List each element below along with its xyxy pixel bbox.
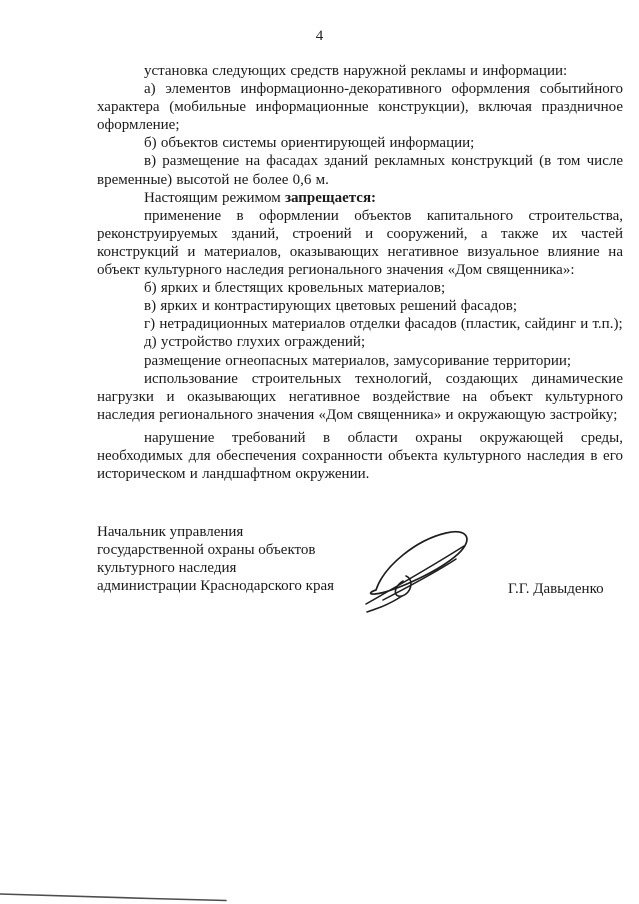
paragraph: д) устройство глухих ограждений; <box>97 333 623 351</box>
scan-edge-artifact <box>0 888 280 904</box>
body-text: использование строительных технологий, с… <box>97 371 623 423</box>
paragraph: в) размещение на фасадах зданий рекламны… <box>97 152 623 188</box>
signatory-title-line: администрации Краснодарского края <box>97 577 367 595</box>
paragraph: в) ярких и контрастирующих цветовых реше… <box>97 297 623 315</box>
body-text: Настоящим режимом <box>144 190 285 206</box>
paragraph: Настоящим режимом запрещается: <box>97 189 623 207</box>
paragraph: а) элементов информационно-декоративного… <box>97 80 623 134</box>
paragraph: г) нетрадиционных материалов отделки фас… <box>97 315 623 333</box>
page-number: 4 <box>0 28 639 45</box>
signatory-name: Г.Г. Давыденко <box>508 581 604 598</box>
body-text: а) элементов информационно-декоративного… <box>97 81 623 133</box>
paragraph: нарушение требований в области охраны ок… <box>97 429 623 483</box>
signatory-title-line: Начальник управления <box>97 523 367 541</box>
body-text: в) ярких и контрастирующих цветовых реше… <box>144 298 517 314</box>
body-text: д) устройство глухих ограждений; <box>144 334 365 350</box>
body-text: установка следующих средств наружной рек… <box>144 63 567 79</box>
body-text: б) ярких и блестящих кровельных материал… <box>144 280 445 296</box>
body-text: в) размещение на фасадах зданий рекламны… <box>97 153 623 187</box>
paragraph: использование строительных технологий, с… <box>97 370 623 424</box>
body-text: размещение огнеопасных материалов, замус… <box>144 353 571 369</box>
paragraph: установка следующих средств наружной рек… <box>97 62 623 80</box>
paragraph: размещение огнеопасных материалов, замус… <box>97 352 623 370</box>
paragraph: применение в оформлении объектов капитал… <box>97 207 623 279</box>
body-text: применение в оформлении объектов капитал… <box>97 208 623 278</box>
body-text: нарушение требований в области охраны ок… <box>97 430 623 482</box>
signatory-title-line: культурного наследия <box>97 559 367 577</box>
signatory-title: Начальник управлениягосударственной охра… <box>97 523 367 595</box>
body-text: г) нетрадиционных материалов отделки фас… <box>144 316 623 332</box>
emphasized-text: запрещается: <box>285 190 376 206</box>
signatory-title-line: государственной охраны объектов <box>97 541 367 559</box>
document-page: 4 установка следующих средств наружной р… <box>0 0 639 904</box>
paragraph: б) объектов системы ориентирующей информ… <box>97 134 623 152</box>
paragraph: б) ярких и блестящих кровельных материал… <box>97 279 623 297</box>
document-body: установка следующих средств наружной рек… <box>97 62 623 483</box>
signature-scribble <box>352 520 488 620</box>
body-text: б) объектов системы ориентирующей информ… <box>144 135 474 151</box>
